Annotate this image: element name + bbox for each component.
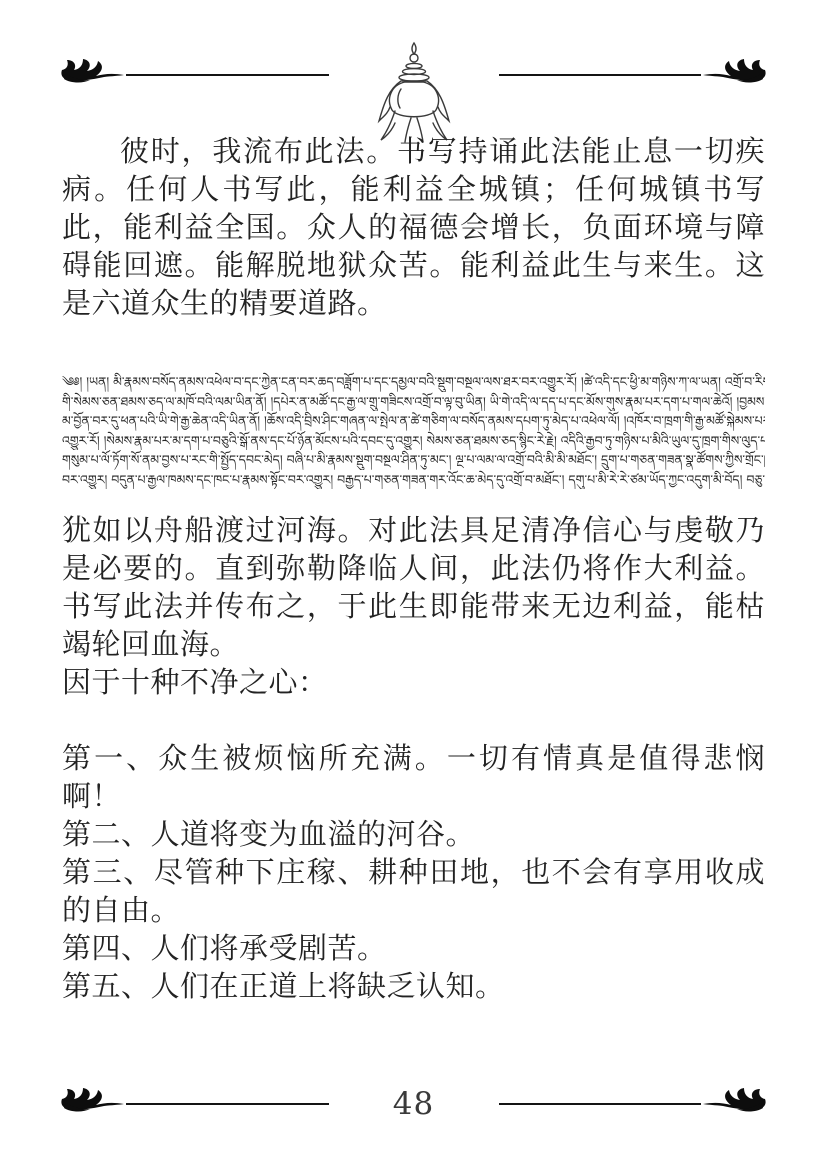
paragraph-benefits: 彼时，我流布此法。书写持诵此法能止息一切疾病。任何人书写此，能利益全城镇；任何城… <box>62 132 765 322</box>
list-item-5: 第五、人们在正道上将缺乏认知。 <box>62 967 765 1005</box>
book-page: 彼时，我流布此法。书写持诵此法能止息一切疾病。任何人书写此，能利益全城镇；任何城… <box>0 0 827 1165</box>
header-line-right <box>499 74 702 76</box>
header-center <box>329 1 499 149</box>
spacer <box>62 701 765 739</box>
paragraph-boat-analogy: 犹如以舟船渡过河海。对此法具足清净信心与虔敬乃是必要的。直到弥勒降临人间，此法仍… <box>62 511 765 663</box>
list-item-2: 第二、人道将变为血溢的河谷。 <box>62 815 765 853</box>
tibetan-passage: ༄༅། །ཡན། མི་རྣམས་བསོད་ནམས་འཕེལ་བ་དང་ཀྱེན… <box>62 372 765 489</box>
leaf-flourish-right-icon <box>701 1087 767 1121</box>
footer-center: 48 <box>329 1089 499 1120</box>
header-line-left <box>126 74 329 76</box>
leaf-flourish-right-icon <box>701 58 767 92</box>
list-item-1: 第一、众生被烦恼所充满。一切有情真是值得悲悯啊！ <box>62 739 765 815</box>
footer-line-right <box>499 1103 702 1105</box>
page-number: 48 <box>393 1089 434 1120</box>
tibetan-line: འགྱུར་རོ། །སེམས་རྣམ་པར་མ་དག་པ་བཅུའི་སྒོ་… <box>62 431 765 451</box>
paragraph-ten-impure-intro: 因于十种不净之心： <box>62 663 765 701</box>
page-content: 彼时，我流布此法。书写持诵此法能止息一切疾病。任何人书写此，能利益全城镇；任何城… <box>62 132 765 1005</box>
list-item-3: 第三、尽管种下庄稼、耕种田地，也不会有享用收成的自由。 <box>62 853 765 929</box>
leaf-flourish-left-icon <box>60 1087 126 1121</box>
tibetan-line: གི་སེམས་ཅན་ཐམས་ཅད་ལ་མཁོ་བའི་ལམ་ཡིན་ནོ། །… <box>62 392 765 412</box>
tibetan-line: བར་འགྱུར། བདུན་པ་རྒྱལ་ཁམས་དང་ཁང་པ་རྣམས་ས… <box>62 470 765 490</box>
leaf-flourish-left-icon <box>60 58 126 92</box>
tibetan-line: ༄༅། །ཡན། མི་རྣམས་བསོད་ནམས་འཕེལ་བ་དང་ཀྱེན… <box>62 372 765 392</box>
footer-rule: 48 <box>60 1087 767 1121</box>
list-item-4: 第四、人们将承受剧苦。 <box>62 929 765 967</box>
ten-impurities-list: 第一、众生被烦恼所充满。一切有情真是值得悲悯啊！ 第二、人道将变为血溢的河谷。 … <box>62 739 765 1005</box>
tibetan-line: གསུམ་པ་ལོ་ཏོག་སོ་ནམ་བྱས་པ་རང་གི་སྤྱོད་དབ… <box>62 450 765 470</box>
header-rule <box>60 0 767 98</box>
tibetan-line: མ་བྱོན་བར་དུ་ཕན་པའི་ཡི་གེ་རྒྱ་ཆེན་འདི་ཡི… <box>62 411 765 431</box>
footer-line-left <box>126 1103 329 1105</box>
